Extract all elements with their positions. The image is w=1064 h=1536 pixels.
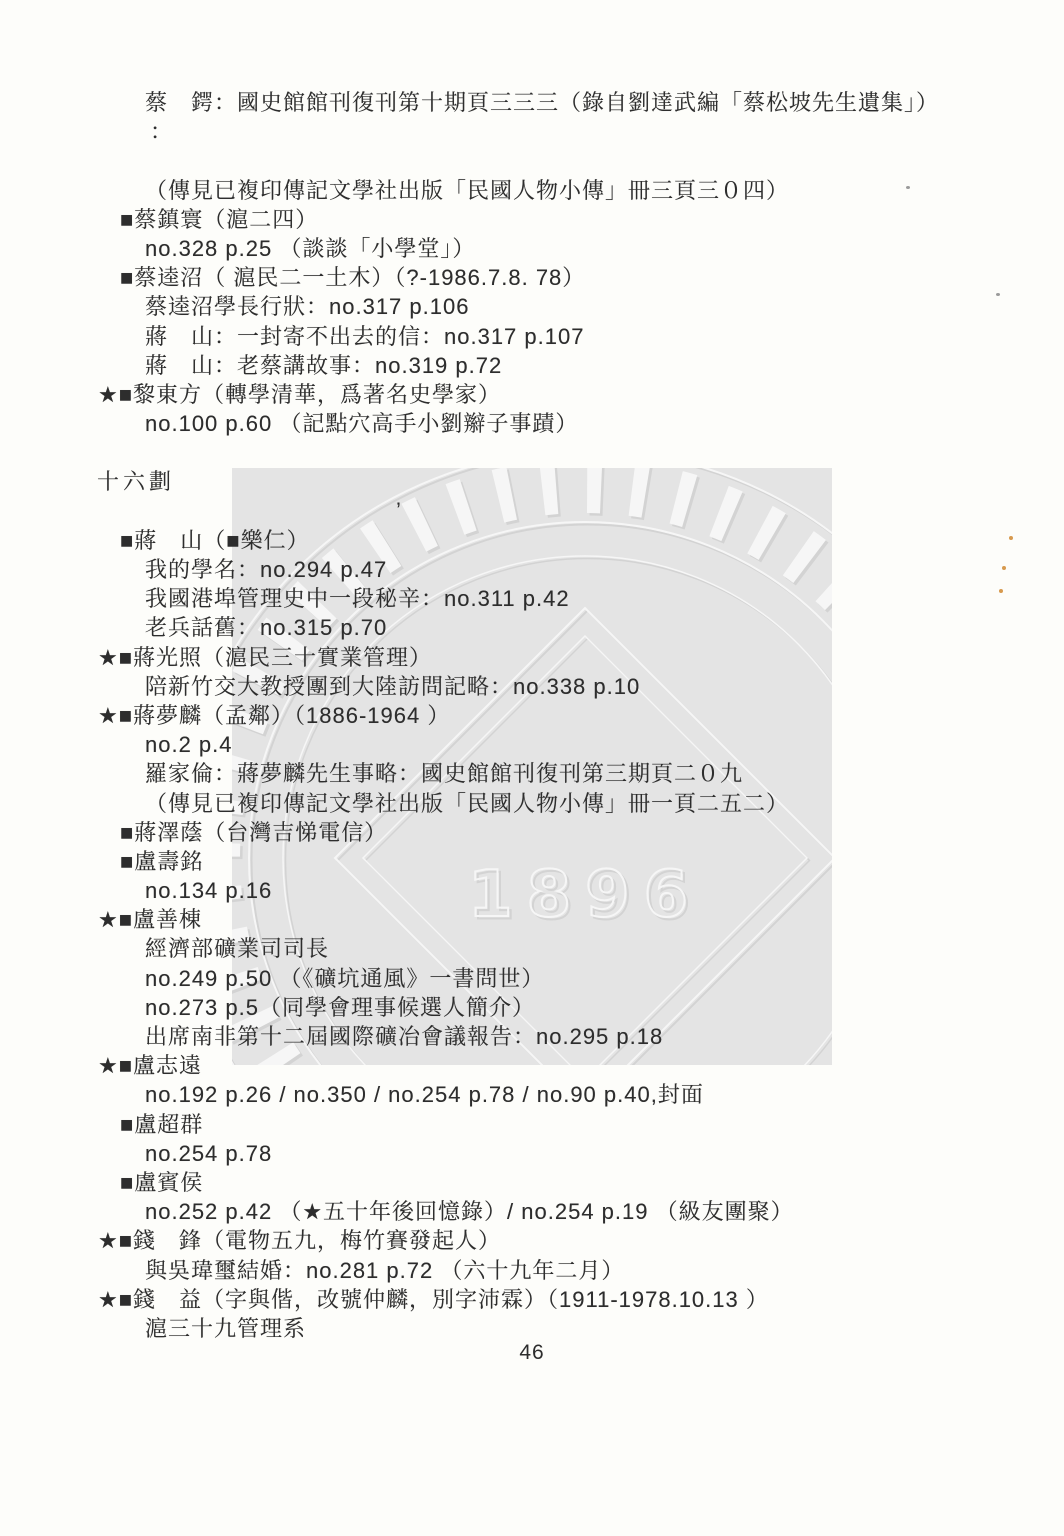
index-line: 老兵話舊：no.315 p.70: [0, 613, 1064, 642]
index-line: ■蔡逵沼（ 滬民二一土木）（?-1986.7.8. 78）: [0, 263, 1064, 292]
index-line: [0, 438, 1064, 467]
page-number: 46: [0, 1341, 1064, 1365]
index-line: 出席南非第十二屆國際礦冶會議報告：no.295 p.18: [0, 1022, 1064, 1051]
index-line: no.192 p.26 / no.350 / no.254 p.78 / no.…: [0, 1080, 1064, 1109]
index-line: no.328 p.25 （談談「小學堂」）: [0, 234, 1064, 263]
index-line: no.254 p.78: [0, 1139, 1064, 1168]
index-line: 羅家倫：蔣夢麟先生事略：國史館館刊復刊第三期頁二０九: [0, 759, 1064, 788]
index-line: 滬三十九管理系: [0, 1314, 1064, 1343]
index-line: 與吳瑋璽結婚：no.281 p.72 （六十九年二月）: [0, 1256, 1064, 1285]
index-line: 蔣 山：老蔡講故事：no.319 p.72: [0, 351, 1064, 380]
index-line: [0, 497, 1064, 526]
index-line: 蔡 鍔：國史館館刊復刊第十期頁三三三（錄自劉達武編「蔡松坡先生遺集」）: [0, 88, 1064, 117]
index-line: ■盧賓侯: [0, 1168, 1064, 1197]
index-line: ■蔡鎮寰（滬二四）: [0, 205, 1064, 234]
index-page-text: 蔡 鍔：國史館館刊復刊第十期頁三三三（錄自劉達武編「蔡松坡先生遺集」）：（傳見已…: [0, 88, 1064, 1343]
scan-speck: [1009, 536, 1013, 540]
index-line: 經濟部礦業司司長: [0, 934, 1064, 963]
index-line: ★■黎東方（轉學清華，爲著名史學家）: [0, 380, 1064, 409]
index-line: no.2 p.4: [0, 730, 1064, 759]
index-line: ★■蔣光照（滬民三十實業管理）: [0, 643, 1064, 672]
index-line: 我的學名：no.294 p.47: [0, 555, 1064, 584]
index-line: ■盧超群: [0, 1110, 1064, 1139]
index-line: no.273 p.5（同學會理事候選人簡介）: [0, 993, 1064, 1022]
index-line: ■盧壽銘: [0, 847, 1064, 876]
index-line: 蔡逵沼學長行狀：no.317 p.106: [0, 292, 1064, 321]
index-line: ★■錢 鋒（電物五九，梅竹賽發起人）: [0, 1226, 1064, 1255]
index-line: 我國港埠管理史中一段秘辛：no.311 p.42: [0, 584, 1064, 613]
index-line: ：: [0, 117, 1064, 146]
index-line: ★■盧善棟: [0, 905, 1064, 934]
index-line: （傳見已複印傳記文學社出版「民國人物小傳」冊三頁三０四）: [0, 176, 1064, 205]
index-line: no.134 p.16: [0, 876, 1064, 905]
scan-speck: [906, 186, 910, 189]
index-line: [0, 146, 1064, 175]
index-line: （傳見已複印傳記文學社出版「民國人物小傳」冊一頁二五二）: [0, 789, 1064, 818]
scan-speck: [1002, 566, 1006, 570]
scan-speck: [999, 589, 1003, 593]
index-line: ■蔣澤蔭（台灣吉悌電信）: [0, 818, 1064, 847]
scan-speck: [884, 100, 888, 103]
index-line: no.100 p.60 （記點穴高手小劉辮子事蹟）: [0, 409, 1064, 438]
stray-apostrophe-mark: ’: [396, 498, 401, 524]
index-line: ■蔣 山（■樂仁）: [0, 526, 1064, 555]
index-line: ★■盧志遠: [0, 1051, 1064, 1080]
index-line: 十六劃: [0, 467, 1064, 496]
index-line: 陪新竹交大教授團到大陸訪問記略：no.338 p.10: [0, 672, 1064, 701]
index-line: no.252 p.42 （★五十年後回憶錄）/ no.254 p.19 （級友團…: [0, 1197, 1064, 1226]
index-line: ★■蔣夢麟（孟鄰）（1886-1964 ）: [0, 701, 1064, 730]
index-line: 蔣 山：一封寄不出去的信：no.317 p.107: [0, 322, 1064, 351]
index-line: no.249 p.50 （《礦坑通風》一書問世）: [0, 964, 1064, 993]
scan-speck: [996, 293, 1000, 296]
index-line: ★■錢 益（字與偕，改號仲麟，別字沛霖）（1911-1978.10.13 ）: [0, 1285, 1064, 1314]
